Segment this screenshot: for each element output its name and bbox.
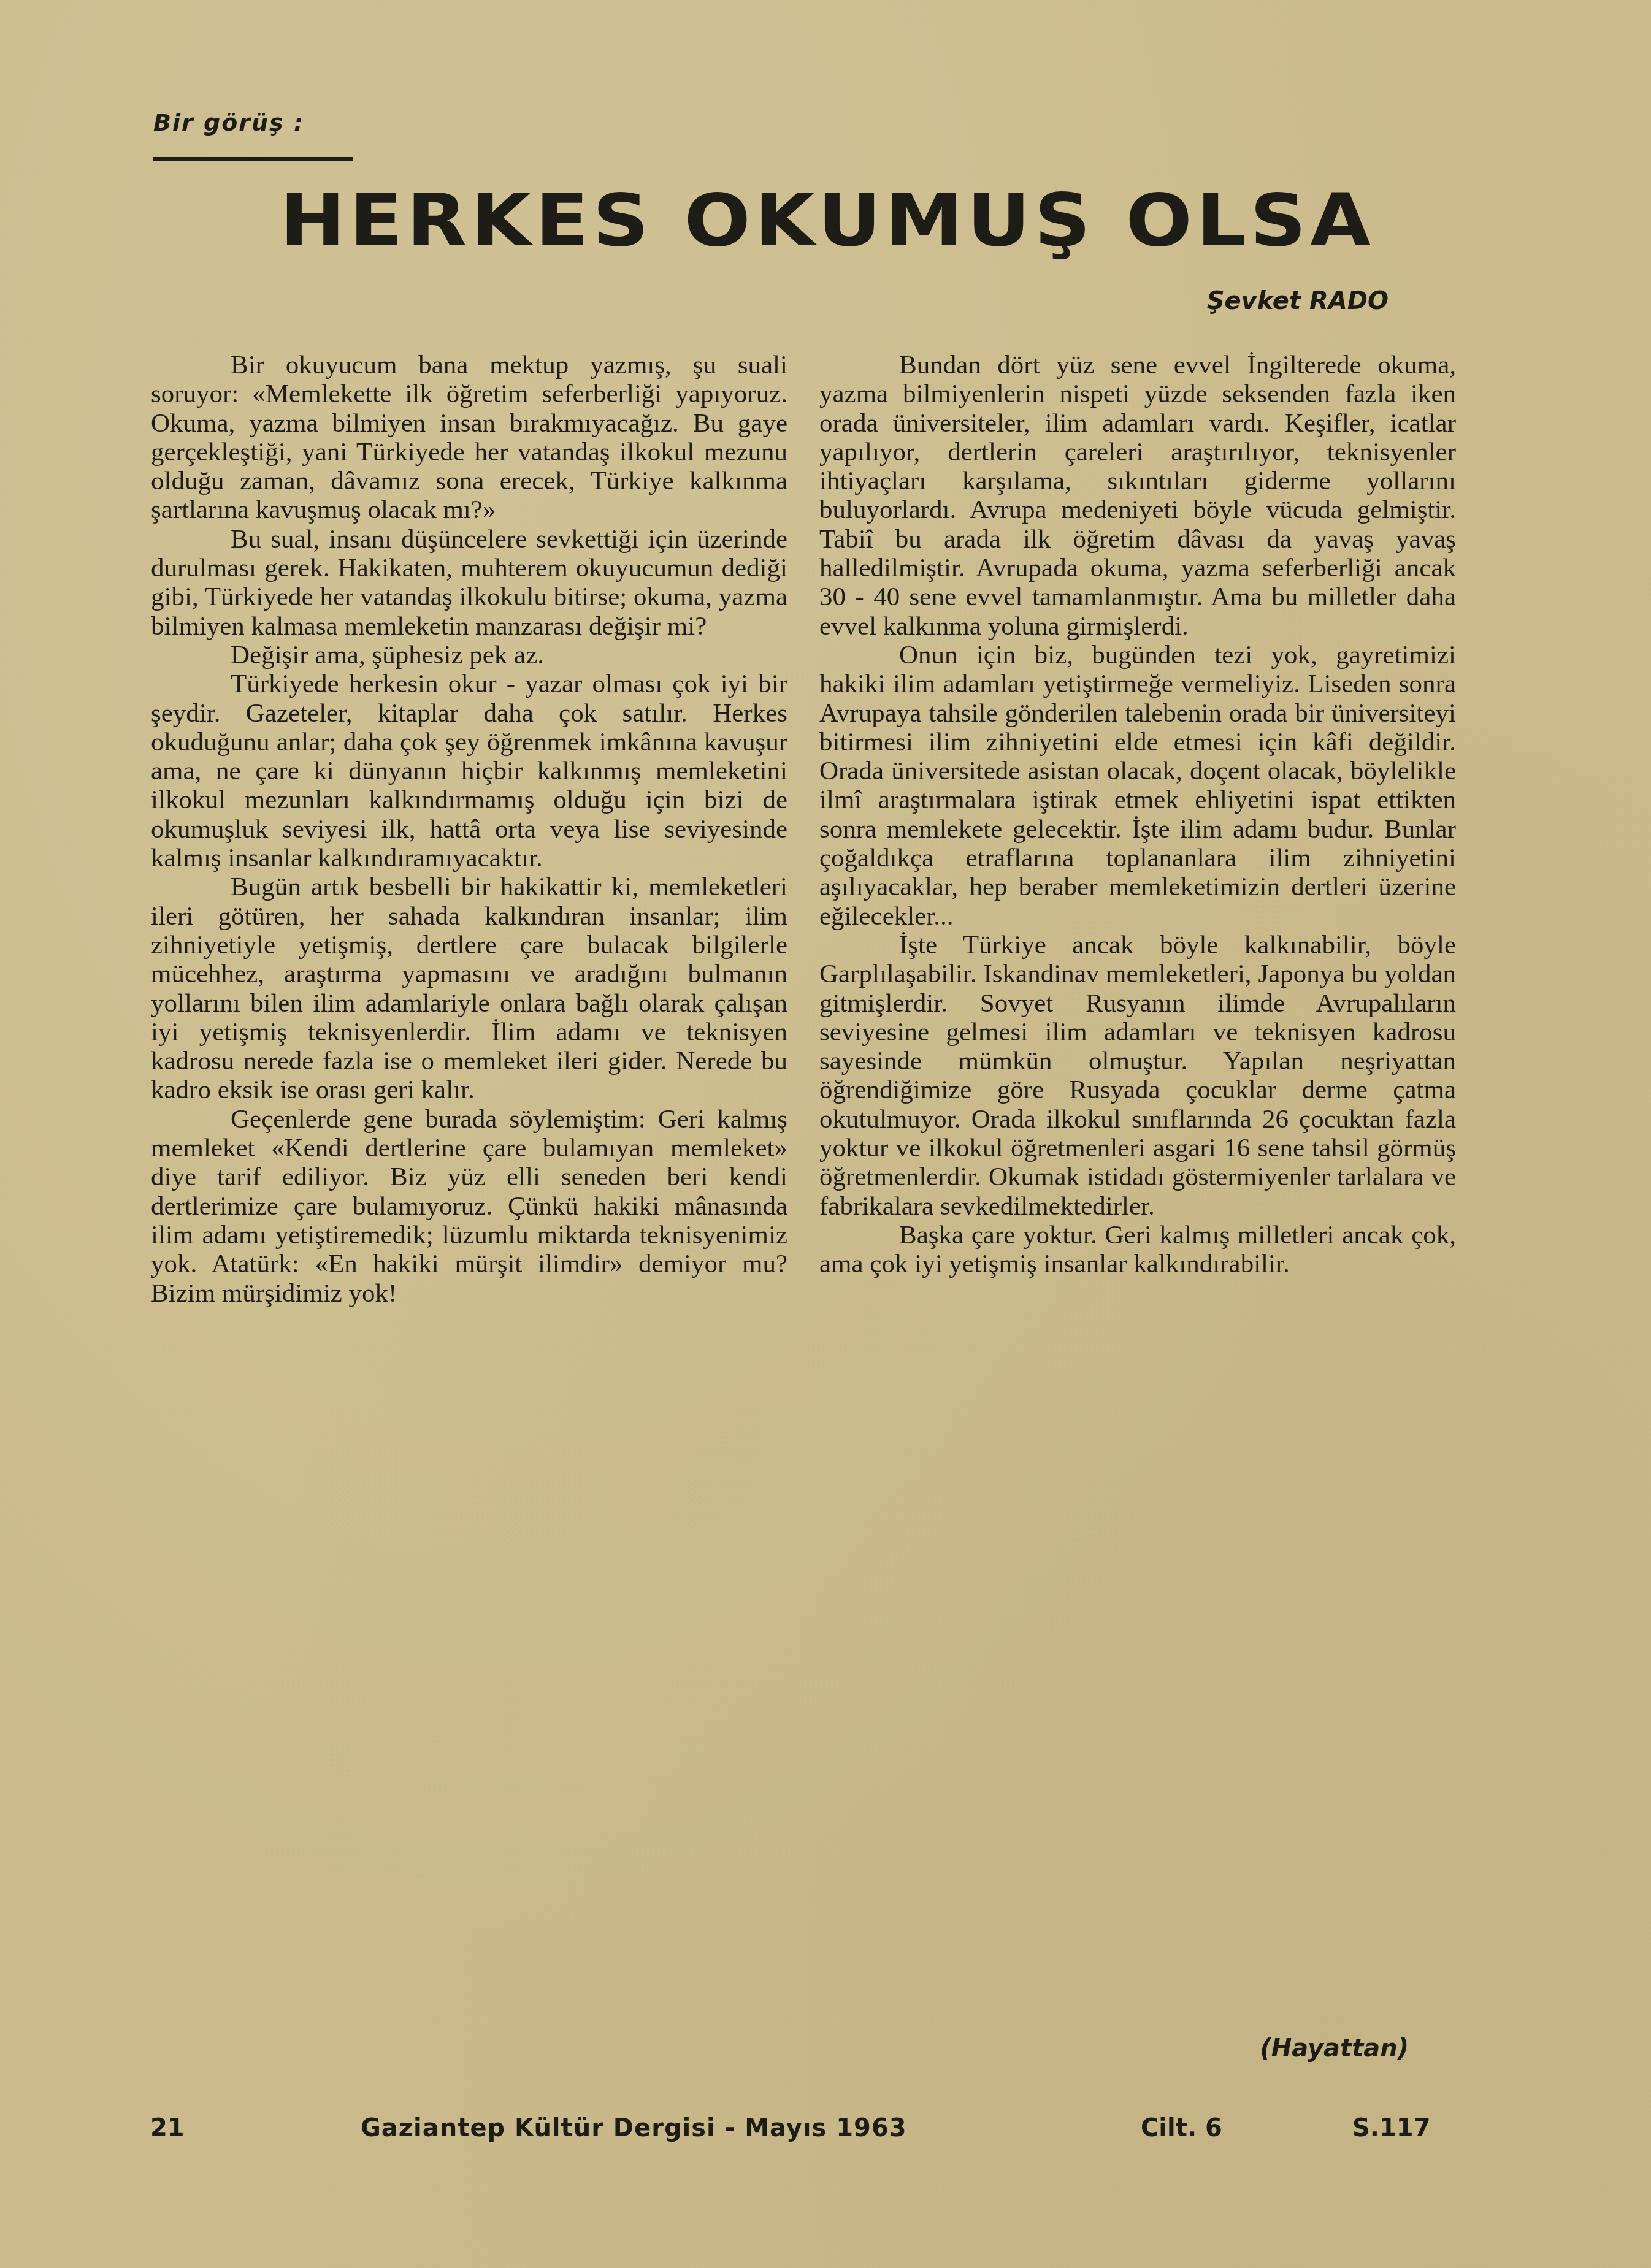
paragraph: Onun için biz, bugünden tezi yok, gayret…	[819, 641, 1456, 931]
article-column-left: Bir okuyucum bana mektup yazmış, şu sual…	[151, 351, 787, 1308]
paragraph: Başka çare yoktur. Geri kalmış milletler…	[819, 1221, 1456, 1279]
paragraph: Türkiyede herkesin okur - yazar olması ç…	[151, 670, 787, 872]
paragraph: Geçenlerde gene burada söylemiştim: Geri…	[151, 1105, 787, 1308]
paragraph: Bundan dört yüz sene evvel İngilterede o…	[819, 351, 1456, 641]
paragraph: Bugün artık besbelli bir hakikattir ki, …	[151, 872, 787, 1104]
paragraph: Bu sual, insanı düşüncelere sevkettiği i…	[151, 525, 787, 641]
page-number: 21	[150, 2114, 185, 2142]
source-attribution: (Hayattan)	[1260, 2034, 1409, 2063]
article-title: HERKES OKUMUŞ OLSA	[0, 178, 1651, 262]
issue-number: S.117	[1352, 2114, 1431, 2142]
paragraph: Değişir ama, şüphesiz pek az.	[151, 641, 787, 670]
magazine-issue-info: Gaziantep Kültür Dergisi - Mayıs 1963	[361, 2114, 907, 2142]
paragraph: Bir okuyucum bana mektup yazmış, şu sual…	[151, 351, 787, 525]
volume-number: Cilt. 6	[1141, 2114, 1222, 2142]
kicker-underline	[153, 157, 353, 161]
author-byline: Şevket RADO	[1207, 287, 1389, 315]
section-kicker: Bir görüş :	[153, 109, 304, 136]
article-column-right: Bundan dört yüz sene evvel İngilterede o…	[819, 351, 1456, 1279]
page-footer: 21 Gaziantep Kültür Dergisi - Mayıs 1963…	[150, 2114, 1442, 2145]
paragraph: İşte Türkiye ancak böyle kalkınabilir, b…	[819, 931, 1456, 1221]
